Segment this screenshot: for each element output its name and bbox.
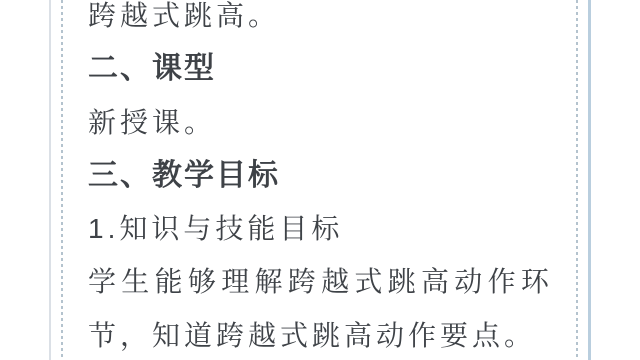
paragraph-line: 跨越式跳高。 bbox=[88, 0, 554, 42]
page-left-edge-line bbox=[49, 0, 51, 360]
paragraph-line: 节，知道跨越式跳高动作要点。 bbox=[88, 309, 554, 360]
page-right-edge-line bbox=[588, 0, 591, 360]
paragraph-line: 新授课。 bbox=[88, 96, 554, 149]
section-heading-ketype: 二、课型 bbox=[88, 42, 554, 95]
paragraph-line: 学生能够理解跨越式跳高动作环 bbox=[88, 255, 554, 308]
left-dashed-border bbox=[61, 0, 63, 360]
right-dashed-border bbox=[576, 0, 578, 360]
subsection-title: 1.知识与技能目标 bbox=[88, 202, 554, 255]
section-heading-goals: 三、教学目标 bbox=[88, 149, 554, 202]
document-page: 跨越式跳高。 二、课型 新授课。 三、教学目标 1.知识与技能目标 学生能够理解… bbox=[0, 0, 640, 360]
lesson-plan-text: 跨越式跳高。 二、课型 新授课。 三、教学目标 1.知识与技能目标 学生能够理解… bbox=[88, 0, 554, 360]
